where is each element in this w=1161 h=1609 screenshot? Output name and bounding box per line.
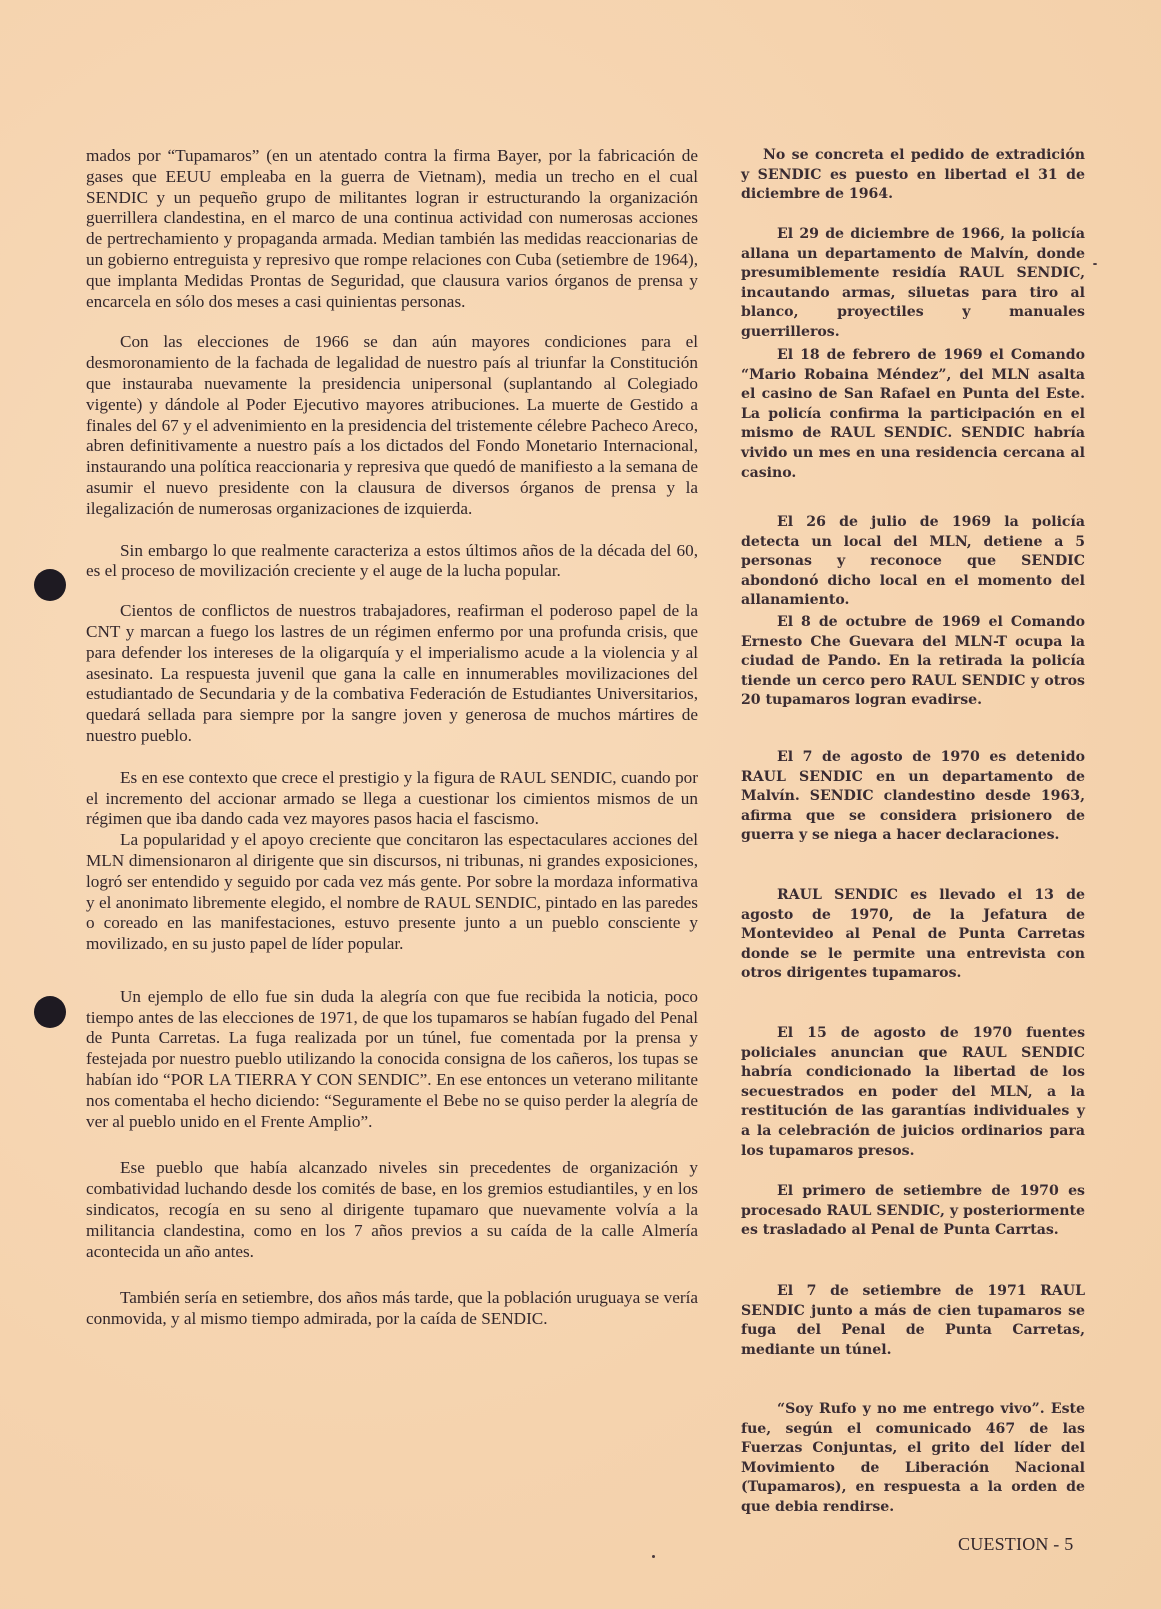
binder-hole-bottom [34,996,66,1028]
binder-hole-top [34,569,66,601]
paragraph: La popularidad y el apoyo creciente que … [86,830,698,955]
chronology-entry: “Soy Rufo y no me entrego vivo”. Este fu… [741,1400,1085,1518]
paper-speck [1093,263,1097,265]
chronology-entry: El 7 de agosto de 1970 es detenido RAUL … [741,748,1085,846]
chronology-entry: El 7 de setiembre de 1971 RAUL SENDIC ju… [741,1282,1085,1360]
paragraph: Ese pueblo que había alcanzado niveles s… [86,1158,698,1262]
paragraph: Es en ese contexto que crece el prestigi… [86,768,698,830]
chronology-entry: No se concreta el pedido de extradición … [741,146,1085,205]
paragraph: Cientos de conflictos de nuestros trabaj… [86,601,698,747]
chronology-entry: El 29 de diciembre de 1966, la policía a… [741,225,1085,343]
chronology-entry: El 15 de agosto de 1970 fuentes policial… [741,1024,1085,1161]
chronology-entry: RAUL SENDIC es llevado el 13 de agosto d… [741,886,1085,984]
paper-speck [652,1555,655,1558]
left-column-article: mados por “Tupamaros” (en un atentado co… [86,146,698,1330]
paragraph: Un ejemplo de ello fue sin duda la alegr… [86,987,698,1133]
chronology-entry: El 26 de julio de 1969 la policía detect… [741,513,1085,611]
chronology-entry: El 8 de octubre de 1969 el Comando Ernes… [741,613,1085,711]
paragraph: También sería en setiembre, dos años más… [86,1288,698,1330]
page-footer: CUESTION - 5 [958,1534,1073,1555]
paragraph: Sin embargo lo que realmente caracteriza… [86,541,698,583]
paragraph: mados por “Tupamaros” (en un atentado co… [86,146,698,312]
paragraph: Con las elecciones de 1966 se dan aún ma… [86,332,698,519]
chronology-entry: El 18 de febrero de 1969 el Comando “Mar… [741,346,1085,483]
chronology-entry: El primero de setiembre de 1970 es proce… [741,1182,1085,1241]
